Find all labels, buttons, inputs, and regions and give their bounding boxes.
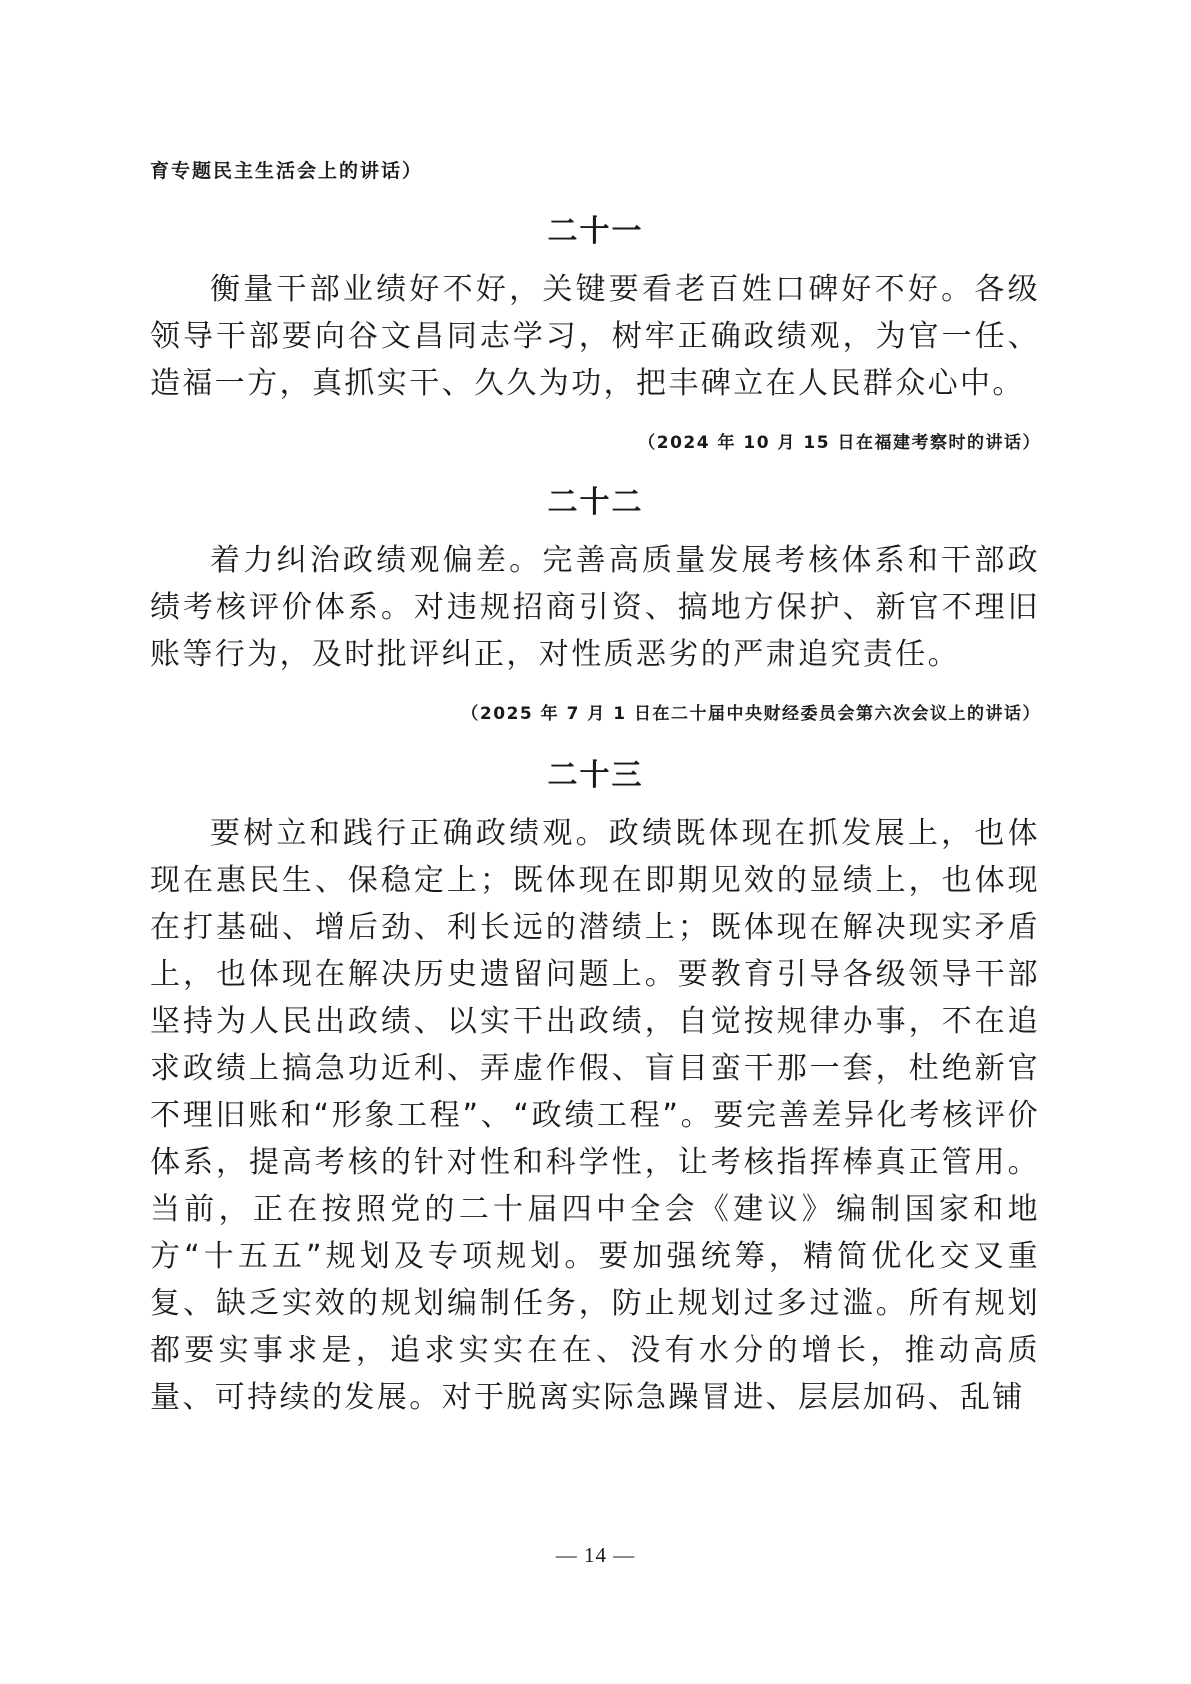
- section-source-21: （2024 年 10 月 15 日在福建考察时的讲话）: [638, 428, 1041, 453]
- section-heading-22: 二十二: [0, 477, 1191, 521]
- section-source-22: （2025 年 7 月 1 日在二十届中央财经委员会第六次会议上的讲话）: [461, 699, 1041, 724]
- section-paragraph-22: 着力纠治政绩观偏差。完善高质量发展考核体系和干部政绩考核评价体系。对违规招商引资…: [150, 537, 1040, 678]
- section-paragraph-21: 衡量干部业绩好不好，关键要看老百姓口碑好不好。各级领导干部要向谷文昌同志学习，树…: [150, 266, 1040, 407]
- page-number: — 14 —: [0, 1543, 1191, 1568]
- section-heading-21: 二十一: [0, 206, 1191, 250]
- section-heading-23: 二十三: [0, 750, 1191, 794]
- section-paragraph-23: 要树立和践行正确政绩观。政绩既体现在抓发展上，也体现在惠民生、保稳定上；既体现在…: [150, 810, 1040, 1421]
- carry-over-source-line: 育专题民主生活会上的讲话）: [150, 156, 423, 183]
- document-page: 育专题民主生活会上的讲话） 二十一 衡量干部业绩好不好，关键要看老百姓口碑好不好…: [0, 0, 1191, 1684]
